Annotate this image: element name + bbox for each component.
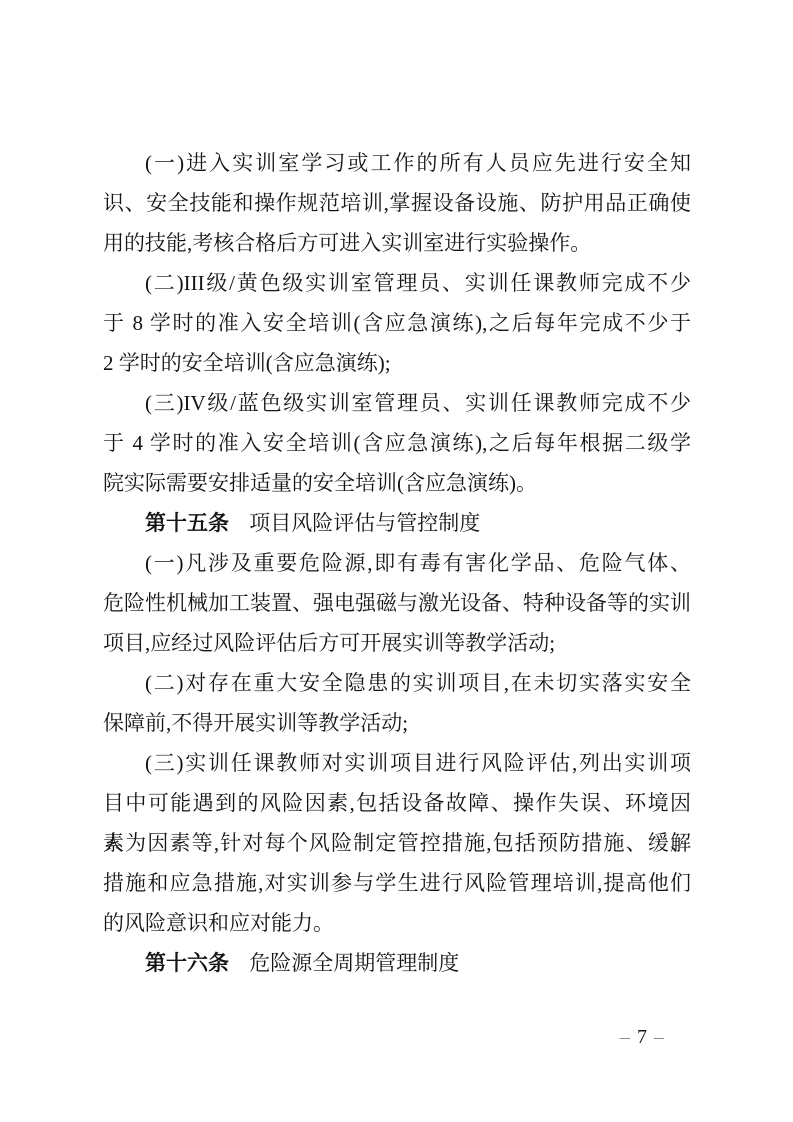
- text-line: 于 8 学时的准入安全培训(含应急演练),之后每年完成不少于: [103, 303, 691, 343]
- text-line: (一)凡涉及重要危险源,即有毒有害化学品、危险气体、: [103, 543, 691, 583]
- article-title: 项目风险评估与管控制度: [249, 511, 480, 535]
- article-number: 第十五条: [145, 511, 229, 535]
- text-line: 危险性机械加工装置、强电强磁与激光设备、特种设备等的实训: [103, 583, 691, 623]
- text-line: 识、安全技能和操作规范培训,掌握设备设施、防护用品正确使: [103, 183, 691, 223]
- text-line: 的风险意识和应对能力。: [103, 903, 691, 943]
- document-page: (一)进入实训室学习或工作的所有人员应先进行安全知 识、安全技能和操作规范培训,…: [0, 0, 793, 1122]
- text-line: (二)III级/黄色级实训室管理员、实训任课教师完成不少: [103, 263, 691, 303]
- page-number-value: 7: [637, 1026, 648, 1048]
- article-heading: 第十六条 危险源全周期管理制度: [103, 943, 691, 983]
- text-line: 人为因素等,针对每个风险制定管控措施,包括预防措施、缓解: [103, 823, 691, 863]
- text-line: 于 4 学时的准入安全培训(含应急演练),之后每年根据二级学: [103, 423, 691, 463]
- text-line: (三)实训任课教师对实训项目进行风险评估,列出实训项: [103, 743, 691, 783]
- text-line: 目中可能遇到的风险因素,包括设备故障、操作失误、环境因素、: [103, 783, 691, 823]
- document-body: (一)进入实训室学习或工作的所有人员应先进行安全知 识、安全技能和操作规范培训,…: [103, 143, 691, 983]
- text-line: 用的技能,考核合格后方可进入实训室进行实验操作。: [103, 223, 691, 263]
- article-title: 危险源全周期管理制度: [249, 951, 459, 975]
- page-number: –7–: [560, 1024, 725, 1050]
- article-heading: 第十五条 项目风险评估与管控制度: [103, 503, 691, 543]
- article-number: 第十六条: [145, 951, 229, 975]
- text-line: 2 学时的安全培训(含应急演练);: [103, 343, 691, 383]
- text-line: 项目,应经过风险评估后方可开展实训等教学活动;: [103, 623, 691, 663]
- text-line: 保障前,不得开展实训等教学活动;: [103, 703, 691, 743]
- page-number-dash-right: –: [648, 1026, 671, 1048]
- text-line: (三)IV级/蓝色级实训室管理员、实训任课教师完成不少: [103, 383, 691, 423]
- text-line: 院实际需要安排适量的安全培训(含应急演练)。: [103, 463, 691, 503]
- text-line: (二)对存在重大安全隐患的实训项目,在未切实落实安全: [103, 663, 691, 703]
- text-line: (一)进入实训室学习或工作的所有人员应先进行安全知: [103, 143, 691, 183]
- text-line: 措施和应急措施,对实训参与学生进行风险管理培训,提高他们: [103, 863, 691, 903]
- page-number-dash-left: –: [614, 1026, 637, 1048]
